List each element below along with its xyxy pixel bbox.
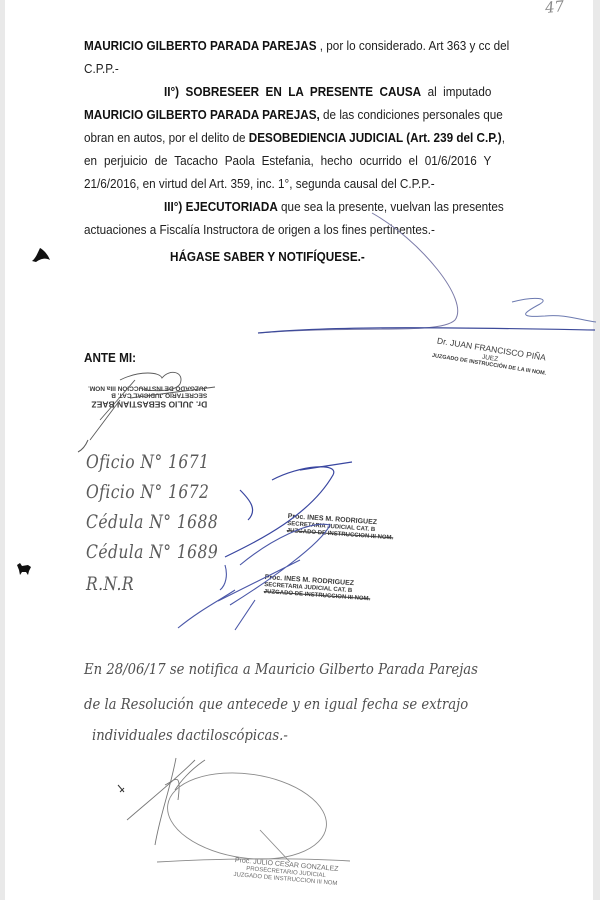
notification-line-1: En 28/06/17 se notifica a Mauricio Gilbe… bbox=[84, 660, 478, 678]
offense-comma: , bbox=[502, 131, 505, 145]
ordinal-iii: III°) bbox=[164, 200, 182, 214]
closing-line: HÁGASE SABER Y NOTIFÍQUESE.- bbox=[170, 246, 365, 269]
paragraph-3-tail: que sea la presente, vuelvan las present… bbox=[278, 200, 504, 214]
ante-mi-label: ANTE MI: bbox=[84, 350, 136, 365]
registry-number: 1671 bbox=[168, 451, 209, 473]
registry-item: Cédula N° 1689 bbox=[86, 541, 218, 563]
paragraph-1-line-2: C.P.P.- bbox=[84, 58, 491, 81]
registry-item: R.N.R bbox=[86, 573, 134, 595]
dismissal-heading: SOBRESEER EN LA PRESENTE CAUSA bbox=[186, 85, 422, 99]
notification-line-3: individuales dactiloscópicas.- bbox=[92, 726, 288, 744]
offense-name: DESOBEDIENCIA JUDICIAL (Art. 239 del C.P… bbox=[249, 131, 502, 145]
registry-label: Cédula N° bbox=[86, 511, 171, 533]
baez-title: SECRETARIO JUDICIAL CAT. B bbox=[88, 391, 207, 398]
registry-number: 1672 bbox=[168, 481, 209, 503]
paragraph-2-line-5: 21/6/2016, en virtud del Art. 359, inc. … bbox=[84, 173, 491, 196]
paragraph-2-line-1: II°) SOBRESEER EN LA PRESENTE CAUSA al i… bbox=[84, 81, 491, 104]
registry-label: Oficio N° bbox=[86, 451, 163, 473]
paragraph-1-text: , por lo considerado. Art 363 y cc del bbox=[317, 39, 510, 53]
page-number: 47 bbox=[544, 0, 565, 17]
closing-text: HÁGASE SABER Y NOTIFÍQUESE.- bbox=[170, 250, 365, 264]
paragraph-2-line-4: en perjuicio de Tacacho Paola Estefania,… bbox=[84, 150, 491, 173]
baez-name: Dr. JULIO SEBASTIAN BAEZ bbox=[88, 399, 207, 409]
enforcement-heading: EJECUTORIADA bbox=[186, 200, 278, 214]
registry-label: R.N.R bbox=[86, 573, 134, 595]
paragraph-2-line-3: obran en autos, por el delito de DESOBED… bbox=[84, 127, 491, 150]
paragraph-2-text: de las condiciones personales que bbox=[320, 108, 503, 122]
ordinal-ii: II°) bbox=[164, 85, 179, 99]
scan-artifact-icon bbox=[30, 246, 52, 264]
paragraph-2-tail: al imputado bbox=[421, 85, 491, 99]
secretary-baez-stamp: Dr. JULIO SEBASTIAN BAEZ SECRETARIO JUDI… bbox=[88, 384, 207, 409]
defendant-name-2: MAURICIO GILBERTO PARADA PAREJAS, bbox=[84, 108, 320, 122]
registry-item: Oficio N° 1672 bbox=[86, 481, 209, 503]
resolution-body: MAURICIO GILBERTO PARADA PAREJAS , por l… bbox=[84, 35, 491, 242]
notification-line-2: de la Resolución que antecede y en igual… bbox=[84, 695, 468, 713]
paragraph-3-line-2: actuaciones a Fiscalía Instructora de or… bbox=[84, 219, 491, 242]
offense-intro: obran en autos, por el delito de bbox=[84, 131, 249, 145]
paragraph-1-line-1: MAURICIO GILBERTO PARADA PAREJAS , por l… bbox=[84, 35, 491, 58]
paragraph-2-line-2: MAURICIO GILBERTO PARADA PAREJAS, de las… bbox=[84, 104, 491, 127]
registry-number: 1689 bbox=[177, 541, 218, 563]
registry-item: Oficio N° 1671 bbox=[86, 451, 209, 473]
registry-label: Oficio N° bbox=[86, 481, 163, 503]
registry-label: Cédula N° bbox=[86, 541, 171, 563]
scan-artifact-icon bbox=[16, 562, 32, 576]
registry-item: Cédula N° 1688 bbox=[86, 511, 218, 533]
baez-court: JUZGADO DE INSTRUCCION IIIa NOM. bbox=[88, 384, 207, 391]
registry-number: 1688 bbox=[177, 511, 218, 533]
defendant-name: MAURICIO GILBERTO PARADA PAREJAS bbox=[84, 39, 317, 53]
paragraph-3-line-1: III°) EJECUTORIADA que sea la presente, … bbox=[84, 196, 491, 219]
